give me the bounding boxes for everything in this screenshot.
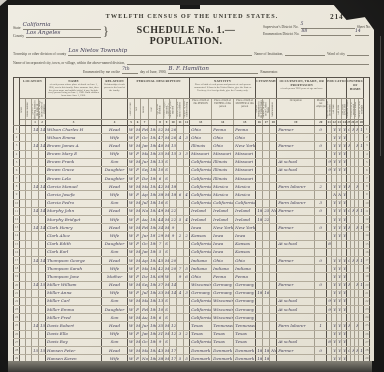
cell-year: 1890 [149,306,157,314]
cell-farm_schedule: 147 [359,347,364,355]
cell-yrs_married: 17 [170,355,177,361]
cell-mother_of [177,125,184,133]
table-row: 16Clark EarlSonWMJan18955SCaliforniaIowa… [14,248,370,256]
cell-month: May [141,297,149,305]
cell-months_not_employed [315,232,327,240]
cell-relation: Wife [102,289,128,297]
cell-race: W [128,199,135,207]
table-row: 28150152Hansen PeterHeadWMMar185743M17De… [14,347,370,355]
cell-month: Jul [141,199,149,207]
cell-yrs_in_us: 22 [263,216,270,224]
cell-month: Jan [141,330,149,338]
cell-naturalization: Na [270,347,277,355]
cell-dwelling [32,289,39,297]
cell-months_not_employed [315,297,327,305]
cell-race: W [128,207,135,215]
column-label-text: Can speak ENGLISH [342,100,347,119]
cell-farm_schedule [359,199,364,207]
cell-age: 37 [157,281,164,289]
cell-race: W [128,347,135,355]
cell-father_bp: Illinois [212,166,234,174]
cell-relation: Son [102,297,128,305]
cell-occupation: Farm laborer [277,183,315,191]
cell-relation: Daughter [102,240,128,248]
cell-mother_of [177,224,184,232]
cell-naturalization [270,322,277,330]
cell-farm_schedule [359,265,364,273]
cell-mother_bp: Texas [234,338,256,346]
column-label-text: Farm or house [355,100,358,119]
cell-name: Murphy Bridget [46,216,102,224]
cell-year: 1865 [149,150,157,158]
column-label-text: Number of farm schedule [359,100,364,119]
cell-months_not_employed [315,265,327,273]
cell-occupation [277,330,315,338]
cell-family [39,240,46,248]
cell-age: 40 [157,142,164,150]
cell-yrs_in_us [263,199,270,207]
cell-relation: Wife [102,265,128,273]
column-label: Owned free or mortgaged [351,98,355,119]
county-label: County [13,34,24,38]
cell-imm_year [256,199,263,207]
census-title: TWELFTH CENSUS OF THE UNITED STATES. [13,13,371,20]
cell-age: 6 [157,175,164,183]
cell-race: W [128,142,135,150]
cell-imm_year [256,191,263,199]
brace-glyph: } [103,24,109,37]
line-number: 7 [364,175,370,183]
cell-month: Feb [141,224,149,232]
cell-yrs_in_us [263,240,270,248]
section-title: CITIZENSHIP [256,78,276,83]
cell-naturalization [270,158,277,166]
cell-yrs_in_us [263,191,270,199]
line-number: 2 [364,134,370,142]
cell-farm_schedule [359,338,364,346]
cell-name: Clark Henry [46,224,102,232]
cell-name: Hansen Peter [46,347,102,355]
township-value: Los Nietos Township [68,48,127,54]
cell-dwelling: 144 [32,183,39,191]
table-row: 18Thompson SarahWifeWFMar185842M2075Indi… [14,265,370,273]
cell-occupation [277,289,315,297]
cell-months_not_employed [315,355,327,361]
cell-imm_year [256,166,263,174]
cell-father_bp: Penna [212,125,234,133]
cell-father_bp: Missouri [212,150,234,158]
cell-farm_schedule: 143 [359,207,364,215]
cell-age: 31 [157,330,164,338]
cell-occupation [277,314,315,322]
cell-yrs_in_us [263,314,270,322]
cell-race: W [128,175,135,183]
cell-imm_year [256,240,263,248]
table-row: 27Davis RoySonWMOct18909SCaliforniaTexas… [14,338,370,346]
cell-race: W [128,306,135,314]
cell-age: 49 [157,207,164,215]
cell-farm_schedule [359,289,364,297]
cell-naturalization [270,306,277,314]
cell-father_bp: Iowa [212,232,234,240]
cell-farm_schedule [359,166,364,174]
cell-name: Garcia Manuel [46,183,102,191]
cell-race: W [128,150,135,158]
cell-occupation: At school [277,166,315,174]
cell-month: Nov [141,355,149,361]
cell-dwelling [32,199,39,207]
cell-relation: Son [102,248,128,256]
cell-farm_schedule [359,355,364,361]
cell-name: Garcia Josefa [46,191,102,199]
cell-age: 38 [157,355,164,361]
cell-yrs_in_us: 18 [263,347,270,355]
cell-naturalization [270,166,277,174]
cell-farm_schedule [359,175,364,183]
section-description: of each person TEN years of age and over… [277,87,326,91]
cell-yrs_married [170,273,177,281]
cell-months_not_employed: 2 [315,183,327,191]
cell-birthplace: California [190,338,212,346]
cell-name: Brown James A [46,142,102,150]
cell-month: Aug [141,216,149,224]
cell-name: Clark Edith [46,240,102,248]
line-number: 11 [364,207,370,215]
cell-dwelling [32,191,39,199]
cell-age: 9 [157,338,164,346]
cell-dwelling: 146 [32,224,39,232]
enumeration-district-label: Enumeration District No. [263,32,299,36]
cell-yrs_married: 15 [170,150,177,158]
city-label: Name of incorporated city, town, or vill… [13,61,125,65]
cell-occupation: Farmer [277,125,315,133]
cell-father_bp: Denmark [212,355,234,361]
cell-mother_of [177,338,184,346]
cell-month: Jun [141,322,149,330]
cell-name: Brown Grace [46,166,102,174]
cell-mother_bp: California [234,199,256,207]
cell-name: Brown Lela [46,175,102,183]
cell-occupation: Farmer [277,224,315,232]
cell-occupation: Farm laborer [277,322,315,330]
cell-dwelling: 143 [32,142,39,150]
cell-birthplace: Indiana [190,256,212,264]
section-header: LOCATION [20,78,46,99]
table-row: 14Clark AliceWifeWFJun187029M922KansasIo… [14,232,370,240]
cell-mother_bp: Kansas [234,248,256,256]
column-label: Can speak ENGLISH [342,98,347,119]
scan-artifact [180,5,200,9]
cell-father_bp: Mexico [212,191,234,199]
cell-birthplace: Iowa [190,224,212,232]
section-header: OCCUPATION, TRADE, OR PROFESSIONof each … [277,78,327,99]
cell-father_bp: Indiana [212,265,234,273]
cell-months_not_employed [315,150,327,158]
section-description: Place of birth of each person and parent… [190,83,255,92]
cell-mother_bp: Penna [234,125,256,133]
cell-year: 1861 [149,355,157,361]
column-label-text: Street [21,100,24,119]
cell-mother_of [177,322,184,330]
cell-yrs_married: 14 [170,289,177,297]
column-label-text: Month [143,100,146,119]
cell-family: 147 [39,207,46,215]
cell-mother_bp: Missouri [234,150,256,158]
column-label-text: Place of birth of MOTHER of this person [234,99,255,110]
cell-months_not_employed [315,289,327,297]
cell-farm_schedule [359,158,364,166]
cell-mother_bp: Missouri [234,166,256,174]
state-field: State California [13,22,103,30]
district-block: Supervisor's District No. 5 Sheet No. En… [263,22,371,47]
cell-dwelling [32,150,39,158]
cell-family [39,289,46,297]
cell-naturalization [270,355,277,361]
cell-father_bp: Germany [212,289,234,297]
cell-dwelling: 147 [32,256,39,264]
table-row: 7Brown LelaDaughterWFDec18936SCalifornia… [14,175,370,183]
column-label-text: Mother of how many children [177,100,182,119]
sheet-value: 14 [355,29,361,34]
table-row: 17147149Thompson GeorgeHeadWMApr185545M2… [14,256,370,264]
column-label: Age at last birthday [157,98,164,119]
cell-months_not_employed [315,273,327,281]
cell-name: Miller William [46,281,102,289]
cell-family [39,199,46,207]
cell-imm_year [256,297,263,305]
section-header: CITIZENSHIP [256,78,277,99]
cell-yrs_married [170,166,177,174]
cell-yrs_in_us [263,158,270,166]
cell-mother_of: 6 [177,191,184,199]
cell-birthplace: California [190,166,212,174]
column-label-text: Attended school (in months) [327,100,332,119]
cell-yrs_in_us [263,338,270,346]
cell-months_not_employed [315,338,327,346]
cell-mother_of [177,306,184,314]
cell-occupation [277,134,315,142]
section-header: NATIVITYPlace of birth of each person an… [190,78,256,99]
cell-father_bp: Denmark [212,347,234,355]
cell-year: 1858 [149,265,157,273]
cell-year: 1893 [149,314,157,322]
city-line: Name of incorporated city, town, or vill… [13,58,371,65]
column-label: Number of these children living [184,98,190,119]
cell-year: 1862 [149,281,157,289]
cell-farm_schedule [359,150,364,158]
cell-yrs_in_us [263,306,270,314]
cell-father_bp: Ohio [212,256,234,264]
cell-name: Brown Frank [46,158,102,166]
cell-year: 1855 [149,216,157,224]
cell-dwelling: 150 [32,347,39,355]
cell-father_bp: Iowa [212,248,234,256]
cell-mother_bp: Germany [234,306,256,314]
cell-race: W [128,224,135,232]
cell-race: W [128,166,135,174]
ward-label: Ward of city [327,52,345,56]
cell-mother_of [177,207,184,215]
cell-mother_of [177,347,184,355]
cell-farm_schedule: 145 [359,256,364,264]
enumerated-day-value: 7th [122,67,130,72]
table-row: 10Garcia PedroSonWMJul188316SCaliforniaC… [14,199,370,207]
cell-year: 1889 [149,166,157,174]
cell-relation: Head [102,224,128,232]
cell-month: Oct [141,338,149,346]
cell-occupation [277,150,315,158]
cell-year: 1852 [149,134,157,142]
cell-relation: Wife [102,216,128,224]
cell-dwelling [32,338,39,346]
cell-yrs_married: 20 [170,265,177,273]
cell-birthplace: California [190,240,212,248]
table-row: 13146148Clark HenryHeadWMFeb186634M9Iowa… [14,224,370,232]
cell-mother_bp: Ireland [234,216,256,224]
column-label: Number of family in the order of visitat… [39,98,46,119]
table-row: 1142144Wilson Charles HHeadWMFeb184852M2… [14,125,370,133]
cell-family: 151 [39,322,46,330]
table-row: 4Brown Mary EWifeWFMay186535M1533Missour… [14,150,370,158]
cell-mother_of [177,142,184,150]
cell-mother_of: 9 [177,273,184,281]
cell-months_not_employed [315,191,327,199]
cell-dwelling [32,297,39,305]
cell-imm_year [256,142,263,150]
line-number: 22 [364,297,370,305]
cell-relation: Son [102,314,128,322]
cell-year: 1866 [149,224,157,232]
cell-race: W [128,248,135,256]
cell-yrs_in_us [263,322,270,330]
cell-relation: Head [102,281,128,289]
table-row: 20148150Miller WilliamHeadWMSep186237M14… [14,281,370,289]
cell-occupation: Farmer [277,142,315,150]
cell-father_bp: Ohio [212,142,234,150]
cell-relation: Head [102,183,128,191]
cell-year: 1848 [149,125,157,133]
census-sheet: 214 A TWELFTH CENSUS OF THE UNITED STATE… [8,5,374,361]
cell-occupation [277,175,315,183]
cell-farm_schedule: 146 [359,281,364,289]
cell-months_not_employed: 0 [315,125,327,133]
cell-relation: Wife [102,191,128,199]
cell-yrs_married: 17 [170,347,177,355]
cell-month: Aug [141,314,149,322]
cell-occupation [277,355,315,361]
cell-farm_schedule [359,314,364,322]
column-label [102,98,128,119]
cell-relation: Head [102,142,128,150]
cell-yrs_in_us [263,256,270,264]
cell-dwelling [32,175,39,183]
column-label-text: Can read [333,100,336,119]
cell-mother_bp: Germany [234,281,256,289]
column-label: Number of years in the United States [263,98,270,119]
cell-dwelling: 149 [32,322,39,330]
line-number: 23 [364,306,370,314]
cell-farm_schedule: 141 [359,125,364,133]
line-number: 10 [364,199,370,207]
cell-birthplace: Ohio [190,134,212,142]
cell-race: W [128,322,135,330]
cell-naturalization [270,256,277,264]
cell-birthplace: Texas [190,330,212,338]
cell-father_bp: Illinois [212,175,234,183]
cell-age: 42 [157,265,164,273]
table-row: 19Thompson JaneMotherWFDec183069Wd96Ohio… [14,273,370,281]
cell-father_bp: California [212,199,234,207]
table-row: 8144146Garcia ManuelHeadWMMar185842M18Ca… [14,183,370,191]
cell-dwelling: 142 [32,125,39,133]
county-field: County Los Angeles [13,30,103,38]
cell-imm_year [256,256,263,264]
cell-mother_bp: Ireland [234,207,256,215]
cell-occupation: At school [277,306,315,314]
cell-mother_bp: Penna [234,273,256,281]
cell-yrs_married: 14 [170,281,177,289]
cell-yrs_married: 12 [170,330,177,338]
enumerated-label: Enumerated by me on the [83,70,120,74]
cell-month: Mar [141,265,149,273]
table-row: 26Davis EllaWifeWFJan186931M1232TexasTex… [14,330,370,338]
cell-name: Clark Alice [46,232,102,240]
page-stamp: 214 A [330,13,352,21]
cell-year: 1892 [149,240,157,248]
cell-yrs_married [170,306,177,314]
section-title: PERSONAL DESCRIPTION [128,78,189,83]
table-row: 23Miller EmmaDaughterWFFeb189010SCalifor… [14,306,370,314]
line-number: 3 [364,142,370,150]
institution-label: Name of Institution, [254,52,283,56]
cell-family: 146 [39,183,46,191]
cell-relation: Wife [102,355,128,361]
cell-birthplace: Ohio [190,273,212,281]
cell-mother_of [177,281,184,289]
cell-mother_of: 3 [177,330,184,338]
column-label: Month [141,98,149,119]
cell-name: Garcia Pedro [46,199,102,207]
cell-race: W [128,240,135,248]
line-number: 17 [364,256,370,264]
cell-dwelling [32,265,39,273]
cell-family [39,232,46,240]
cell-imm_year [256,158,263,166]
section-description: Relationship of each person to the head … [102,83,127,92]
cell-name: Thompson Jane [46,273,102,281]
line-number: 27 [364,338,370,346]
cell-months_not_employed [315,166,327,174]
cell-mother_of: 5 [177,355,184,361]
cell-mother_bp: Missouri [234,175,256,183]
cell-yrs_in_us [263,224,270,232]
cell-age: 43 [157,347,164,355]
cell-naturalization [270,314,277,322]
cell-months_not_employed: 0 [315,281,327,289]
cell-mother_of [177,240,184,248]
cell-birthplace: Missouri [190,150,212,158]
census-table: LOCATIONNAMEof each person whose place o… [13,77,370,361]
cell-mother_bp: Ohio [234,134,256,142]
column-label: Place of birth of this PERSON [190,98,212,119]
cell-yrs_married: 20 [170,256,177,264]
cell-farm_schedule [359,134,364,142]
cell-father_bp: Germany [212,281,234,289]
cell-naturalization [270,240,277,248]
cell-birthplace: California [190,158,212,166]
cell-mother_of [177,158,184,166]
cell-age: 52 [157,125,164,133]
